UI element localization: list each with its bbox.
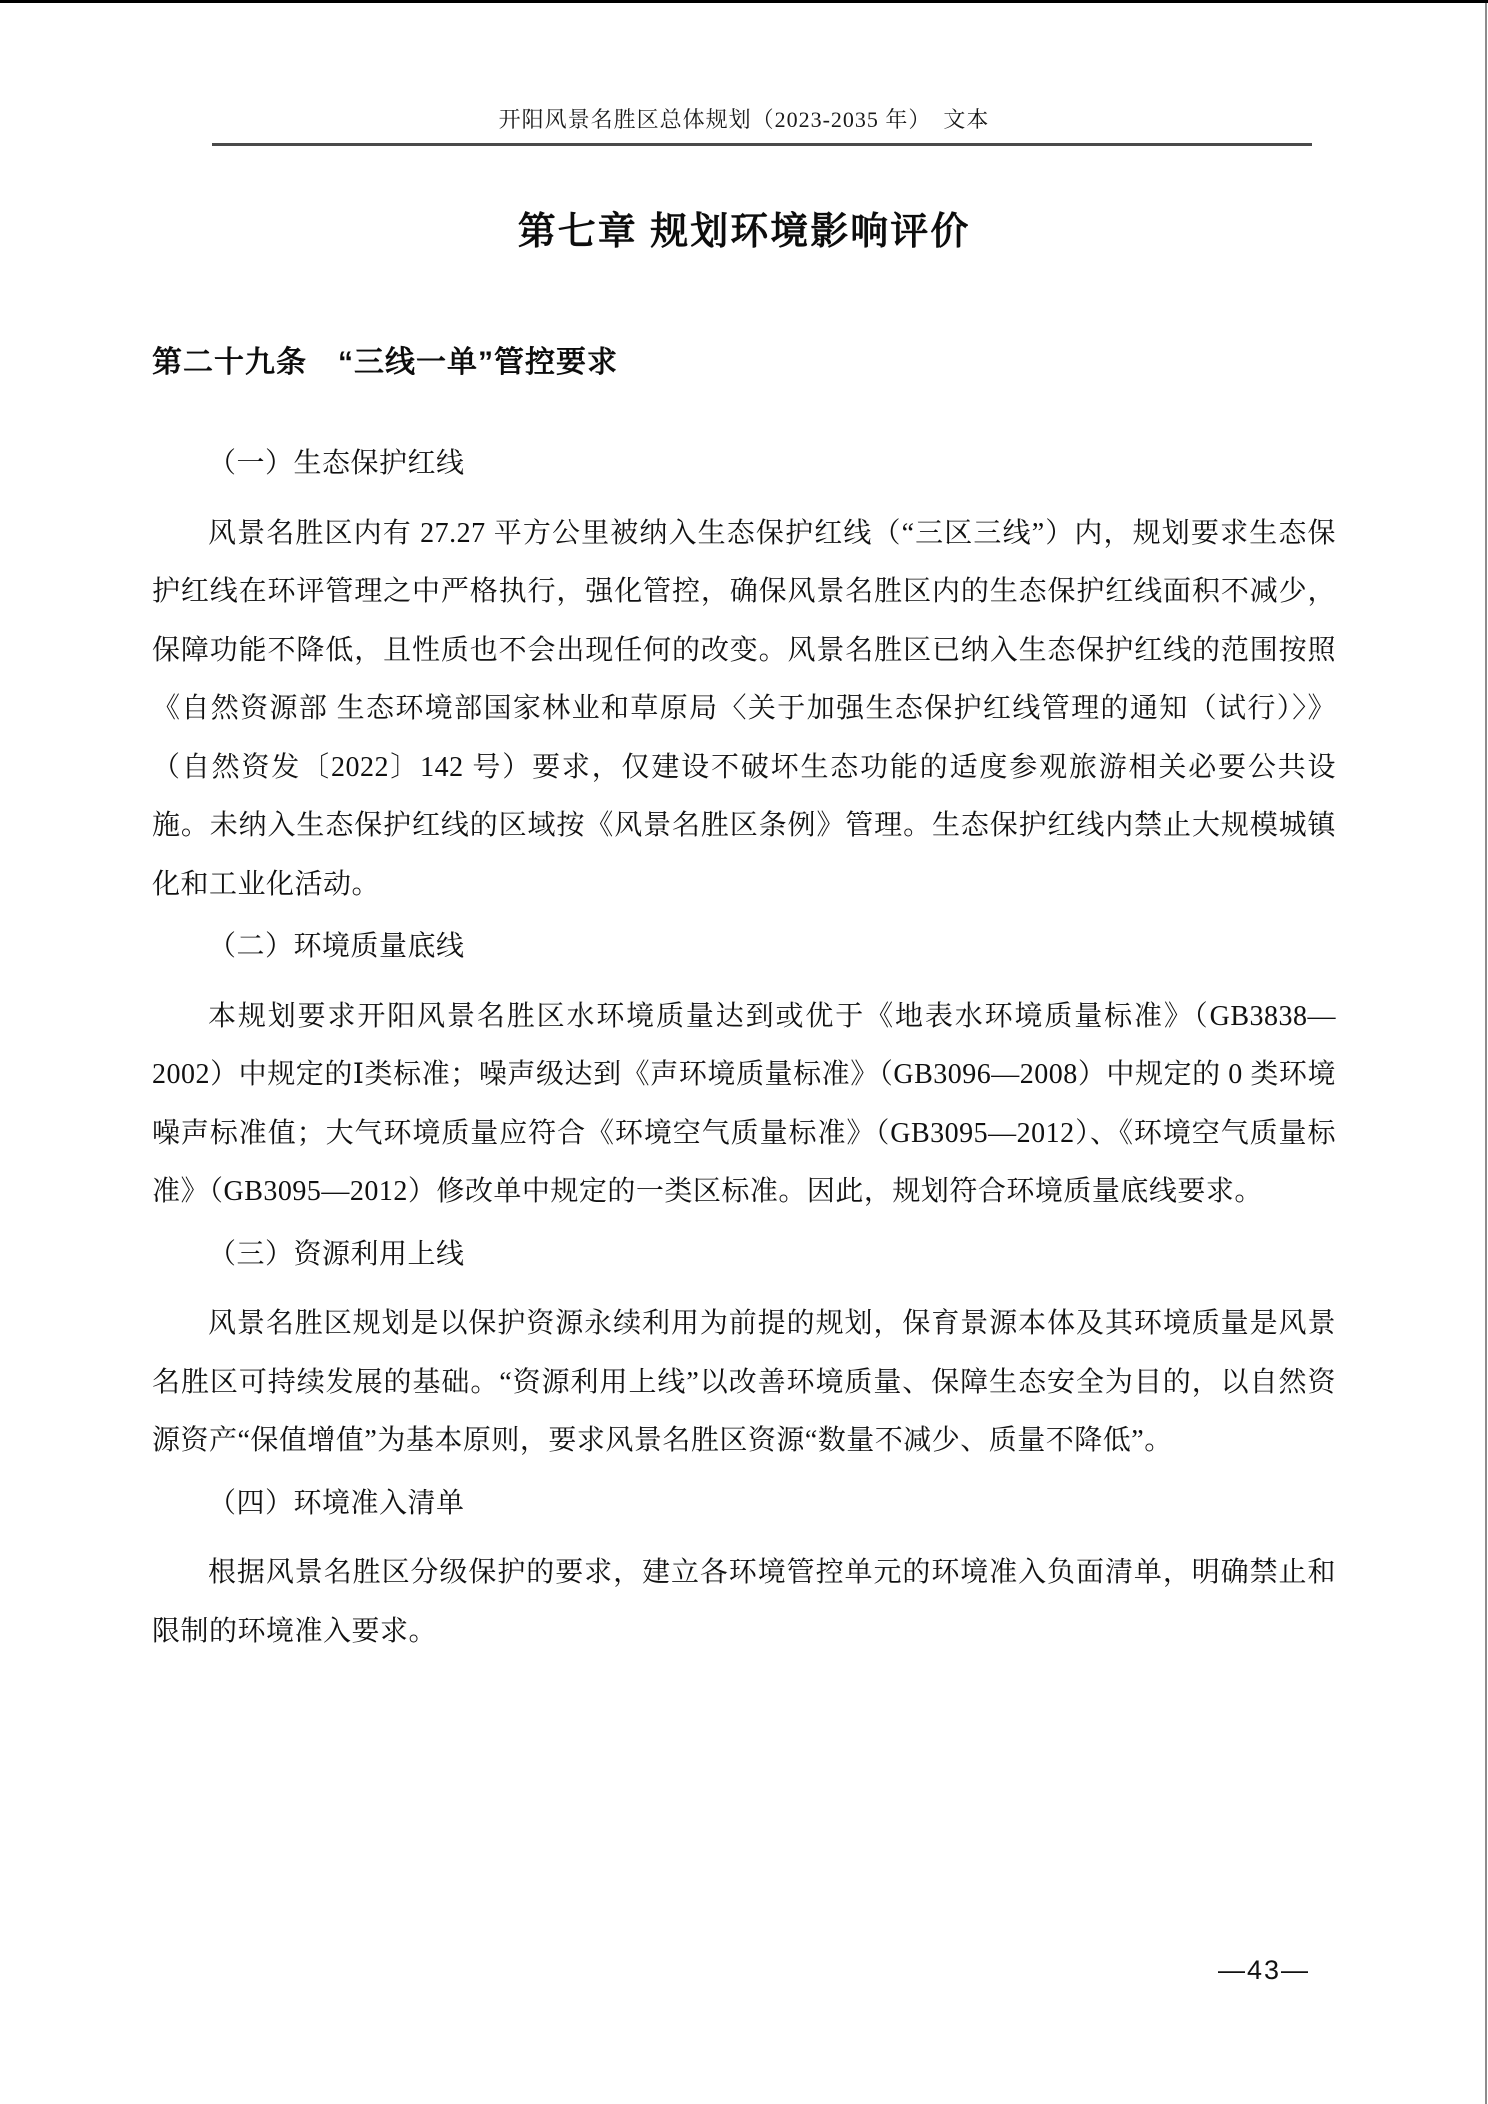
section-paragraph: 根据风景名胜区分级保护的要求，建立各环境管控单元的环境准入负面清单，明确禁止和限… [152,1544,1336,1661]
section-resource-utilization-upper-line: （三）资源利用上线 风景名胜区规划是以保护资源永续利用为前提的规划，保育景源本体… [152,1226,1336,1471]
document-page: 开阳风景名胜区总体规划（2023-2035 年） 文本 第七章 规划环境影响评价… [0,0,1488,2104]
page-header: 开阳风景名胜区总体规划（2023-2035 年） 文本 [0,3,1488,146]
page-number: —43— [1218,1955,1310,1986]
page-content: 第七章 规划环境影响评价 第二十九条 “三线一单”管控要求 （一）生态保护红线 … [152,200,1336,1661]
header-rule [212,143,1312,146]
article-title: 第二十九条 “三线一单”管控要求 [152,337,1336,381]
chapter-title: 第七章 规划环境影响评价 [152,200,1336,255]
document-header-title: 开阳风景名胜区总体规划（2023-2035 年） 文本 [0,103,1488,134]
section-heading: （四）环境准入清单 [152,1475,1336,1534]
section-paragraph: 风景名胜区内有 27.27 平方公里被纳入生态保护红线（“三区三线”）内，规划要… [152,505,1336,915]
section-paragraph: 本规划要求开阳风景名胜区水环境质量达到或优于《地表水环境质量标准》（GB3838… [152,988,1336,1222]
page-right-edge-line [1485,3,1487,2104]
section-environment-access-list: （四）环境准入清单 根据风景名胜区分级保护的要求，建立各环境管控单元的环境准入负… [152,1475,1336,1662]
section-paragraph: 风景名胜区规划是以保护资源永续利用为前提的规划，保育景源本体及其环境质量是风景名… [152,1295,1336,1471]
section-heading: （三）资源利用上线 [152,1226,1336,1285]
section-heading: （二）环境质量底线 [152,918,1336,977]
section-heading: （一）生态保护红线 [152,435,1336,494]
section-ecological-redline: （一）生态保护红线 风景名胜区内有 27.27 平方公里被纳入生态保护红线（“三… [152,435,1336,914]
section-environment-quality-bottom-line: （二）环境质量底线 本规划要求开阳风景名胜区水环境质量达到或优于《地表水环境质量… [152,918,1336,1222]
